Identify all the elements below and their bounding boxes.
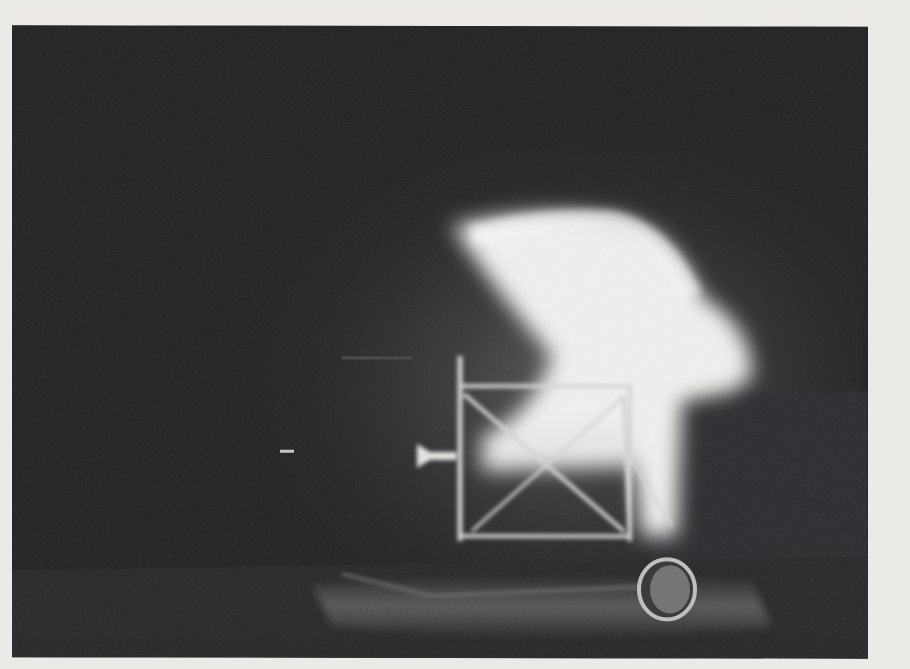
page-scan [0,0,910,669]
photo-illustration [12,25,868,658]
rocket-test-photograph [12,25,868,658]
